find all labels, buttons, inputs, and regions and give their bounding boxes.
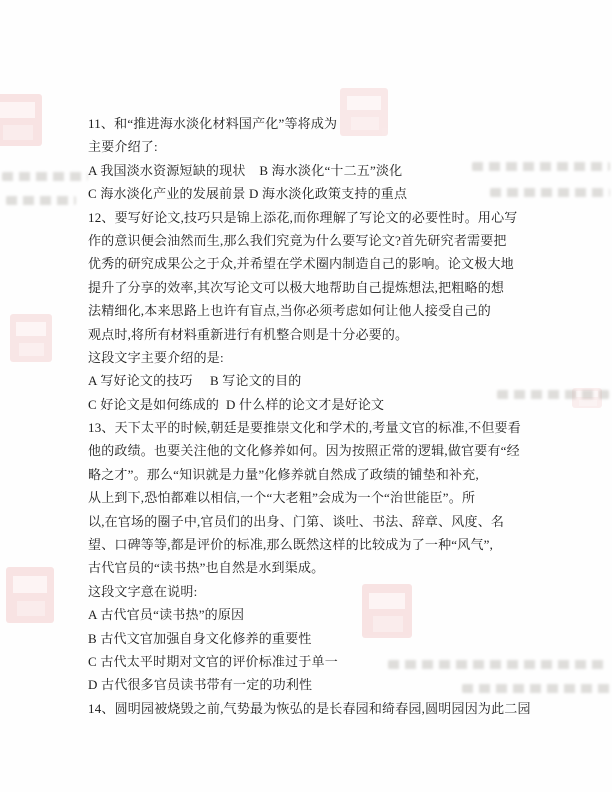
question-12-stem: 提升了分享的效率,其次写论文可以极大地帮助自己提炼想法,把粗略的想 xyxy=(88,276,558,299)
stamp-watermark-icon xyxy=(0,94,42,146)
faint-watermark xyxy=(2,172,88,181)
text-block: 11、和“推进海水淡化材料国产化”等将成为 主要介绍了: A 我国淡水资源短缺的… xyxy=(88,112,558,720)
question-12-stem: 观点时,将所有材料重新进行有机整合则是十分必要的。 xyxy=(88,323,558,346)
stamp-watermark-icon xyxy=(10,314,52,362)
question-12-options: A 写好论文的技巧 B 写论文的目的 xyxy=(88,369,558,392)
question-11-stem: 11、和“推进海水淡化材料国产化”等将成为 xyxy=(88,112,558,135)
question-13-stem: 古代官员的“读书热”也自然是水到渠成。 xyxy=(88,556,558,579)
page: 11、和“推进海水淡化材料国产化”等将成为 主要介绍了: A 我国淡水资源短缺的… xyxy=(0,0,612,792)
question-13-stem: 以,在官场的圈子中,官员们的出身、门第、谈吐、书法、辞章、风度、名 xyxy=(88,510,558,533)
question-12-stem: 优秀的研究成果公之于众,并希望在学术圈内制造自己的影响。论文极大地 xyxy=(88,252,558,275)
document-page: { "page": { "background_color": "#fefefe… xyxy=(0,0,612,792)
question-12-options: C 好论文是如何练成的 D 什么样的论文才是好论文 xyxy=(88,393,558,416)
question-13-option-a: A 古代官员“读书热”的原因 xyxy=(88,603,558,626)
question-13-option-b: B 古代文官加强自身文化修养的重要性 xyxy=(88,627,558,650)
question-12-stem: 12、要写好论文,技巧只是锦上添花,而你理解了写论文的必要性时。用心写 xyxy=(88,206,558,229)
question-13-stem: 从上到下,恐怕都难以相信,一个“大老粗”会成为一个“治世能臣”。所 xyxy=(88,486,558,509)
question-13-option-c: C 古代太平时期对文官的评价标准过于单一 xyxy=(88,650,558,673)
question-13-stem: 他的政绩。也要关注他的文化修养如何。因为按照正常的逻辑,做官要有“经 xyxy=(88,439,558,462)
question-11-options: A 我国淡水资源短缺的现状 B 海水淡化“十二五”淡化 xyxy=(88,159,558,182)
question-11-stem: 主要介绍了: xyxy=(88,135,558,158)
question-13-prompt: 这段文字意在说明: xyxy=(88,580,558,603)
question-12-stem: 作的意识便会油然而生,那么我们究竟为什么要写论文?首先研究者需要把 xyxy=(88,229,558,252)
question-13-stem: 略之才”。那么“知识就是力量”化修养就自然成了政绩的铺垫和补充, xyxy=(88,463,558,486)
question-12-stem: 法精细化,本来思路上也许有盲点,当你必须考虑如何让他人接受自己的 xyxy=(88,299,558,322)
stamp-watermark-icon xyxy=(6,567,54,623)
question-11-options: C 海水淡化产业的发展前景 D 海水淡化政策支持的重点 xyxy=(88,182,558,205)
question-13-stem: 望、口碑等等,都是评价的标准,那么既然这样的比较成为了一种“风气”, xyxy=(88,533,558,556)
question-14-stem: 14、圆明园被烧毁之前,气势最为恢弘的是长春园和绮春园,圆明园因为此二园 xyxy=(88,697,558,720)
question-12-prompt: 这段文字主要介绍的是: xyxy=(88,346,558,369)
question-13-stem: 13、天下太平的时候,朝廷是要推崇文化和学术的,考量文官的标准,不但要看 xyxy=(88,416,558,439)
faint-watermark xyxy=(6,196,76,205)
question-13-option-d: D 古代很多官员读书带有一定的功利性 xyxy=(88,673,558,696)
